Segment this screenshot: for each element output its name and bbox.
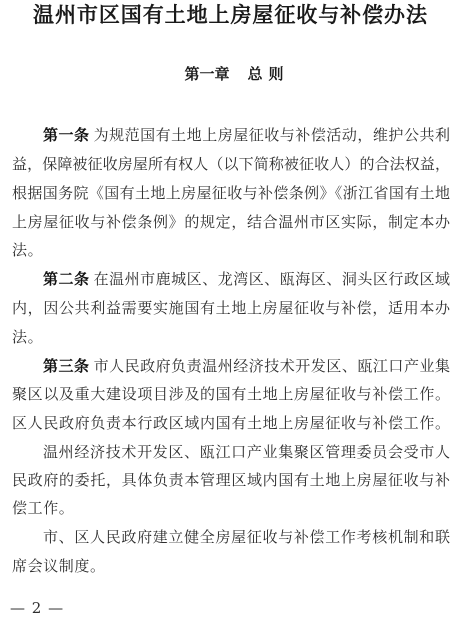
article-label: 第三条 (43, 357, 90, 375)
article-1-line-3: 根据国务院《国有土地上房屋征收与补偿条例》《浙江省国有土地 (12, 182, 450, 204)
article-3-para-3-line-1: 市、区人民政府建立健全房屋征收与补偿工作考核机制和联 (43, 526, 450, 548)
chapter-name-1: 总 (247, 65, 262, 83)
paragraph-text: 市人民政府负责温州经济技术开发区、瓯江口产业集 (94, 357, 450, 375)
article-label: 第二条 (43, 270, 90, 288)
article-1-line-4: 上房屋征收与补偿条例》的规定，结合温州市区实际，制定本办 (12, 211, 450, 233)
article-1-line-5: 法。 (12, 239, 43, 261)
article-1-line-1: 第一条为规范国有土地上房屋征收与补偿活动，维护公共利 (43, 124, 450, 146)
article-3-para-3-line-2: 席会议制度。 (12, 555, 106, 577)
article-3-para-2-line-3: 偿工作。 (12, 497, 74, 519)
article-3-para-2-line-2: 民政府的委托，具体负责本管理区域内国有土地上房屋征收与补 (12, 469, 450, 491)
chapter-name-2: 则 (269, 65, 284, 83)
article-2-line-3: 法。 (12, 326, 43, 348)
document-title: 温州市区国有土地上房屋征收与补偿办法 (33, 2, 427, 28)
article-2-line-1: 第二条在温州市鹿城区、龙湾区、瓯海区、洞头区行政区域 (43, 268, 450, 290)
article-1-line-2: 益，保障被征收房屋所有权人（以下简称被征收人）的合法权益， (12, 153, 450, 175)
paragraph-text: 为规范国有土地上房屋征收与补偿活动，维护公共利 (94, 126, 450, 144)
paragraph-text: 在温州市鹿城区、龙湾区、瓯海区、洞头区行政区域 (94, 270, 450, 288)
article-3-line-1: 第三条市人民政府负责温州经济技术开发区、瓯江口产业集 (43, 355, 450, 377)
chapter-number: 第一章 (184, 65, 229, 83)
chapter-heading: 第一章总则 (0, 64, 468, 84)
article-3-para-2-line-1: 温州经济技术开发区、瓯江口产业集聚区管理委员会受市人 (43, 441, 450, 463)
article-2-line-2: 内，因公共利益需要实施国有土地上房屋征收与补偿，适用本办 (12, 297, 450, 319)
article-3-line-3: 区人民政府负责本行政区域内国有土地上房屋征收与补偿工作。 (12, 412, 450, 434)
article-3-line-2: 聚区以及重大建设项目涉及的国有土地上房屋征收与补偿工作。 (12, 383, 450, 405)
page-number: — 2 — (10, 598, 64, 618)
article-label: 第一条 (43, 126, 90, 144)
